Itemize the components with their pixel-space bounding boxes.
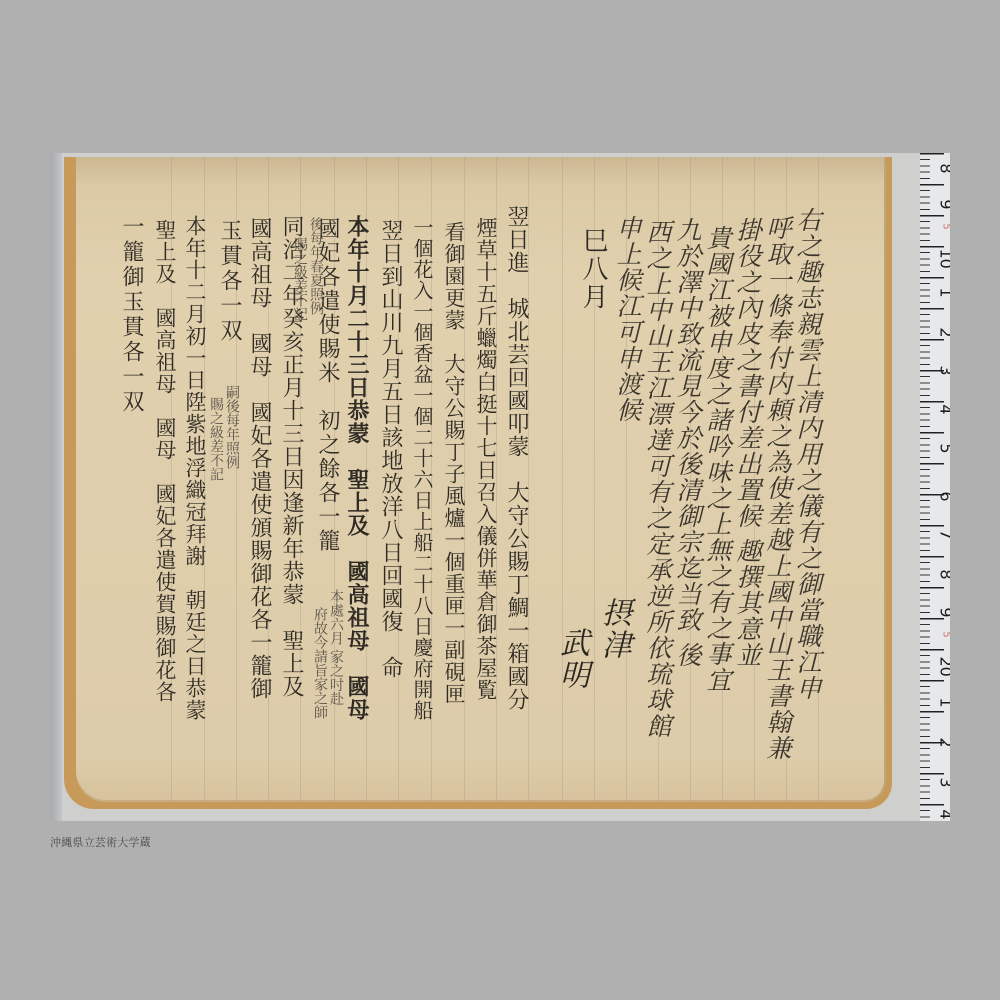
backdrop-edge (50, 153, 62, 821)
annotation-note: 賜之級差不記 (208, 397, 223, 481)
manuscript-column: 本年十月二十三日恭蒙 聖上及 國高祖母 國母 (342, 215, 372, 721)
annotation-note: 嗣後每年照例 (224, 385, 239, 469)
collection-credit: 沖縄県立芸術大学蔵 (50, 834, 151, 850)
page-rule (562, 157, 563, 802)
manuscript-column: 貴國江被申度之諸吟味之上無之有之事宜 (702, 225, 732, 693)
ruler-number: 3 (937, 777, 951, 789)
ruler-number: 2 (937, 327, 951, 339)
signature-name: 武明 (556, 627, 586, 691)
manuscript-column: 本年十二月初一日陞紫地浮織冠拜謝 朝廷之日恭蒙 (180, 215, 210, 721)
manuscript-column: 呼取一條奉付内頼之為使差越上國中山王書翰兼 (762, 215, 792, 761)
ruler-number: 9 (937, 199, 951, 211)
measuring-ruler: 8 9 5 10 1 2 3 4 5 6 7 8 9 5 20 1 2 3 4 (920, 153, 950, 821)
signature-name: 摂津 (598, 597, 628, 661)
manuscript-column: 九於澤中致流見今於後清御宗迄当致 後 (672, 217, 702, 668)
manuscript-column: 國高祖母 國母 國妃各遣使頒賜御花各一籠御 (244, 217, 274, 700)
annotation-note: 後每年春夏照例 (308, 217, 323, 315)
annotation-note: 本處六月 家之吋赴 (328, 589, 343, 705)
manuscript-photo: 右之趣志親雲上清内用之儀有之御當職江申 呼取一條奉付内頼之為使差越上國中山王書翰… (50, 153, 920, 821)
ruler-number: 3 (937, 365, 951, 377)
ruler-number: 1 (937, 697, 951, 709)
manuscript-column: 聖上及 國高祖母 國母 國妃各遣使賀賜御花各 (150, 219, 180, 703)
manuscript-column: 煙草十五斤蠟燭白挺十七日召入儀併華倉御茶屋覧 (472, 217, 500, 701)
manuscript-column: 看御園更蒙 大守公賜丁子風爐一個重匣一副硯匣 (440, 221, 468, 705)
manuscript-column: 申上候江可申渡候 (612, 215, 642, 423)
manuscript-column: 右之趣志親雲上清内用之儀有之御當職江申 (792, 207, 822, 701)
ruler-number: 8 (937, 569, 951, 581)
manuscript-column: 掛役之內皮之書付差出置候 趣撰其意並 (732, 217, 762, 668)
annotation-note: 賜之級差不記 (292, 237, 307, 321)
ruler-number: 4 (937, 809, 951, 821)
ruler-number: 8 (937, 163, 951, 175)
ruler-number: 6 (937, 491, 951, 503)
manuscript-column: 玉貫各一双 (214, 219, 244, 344)
notebook-page: 右之趣志親雲上清内用之儀有之御當職江申 呼取一條奉付内頼之為使差越上國中山王書翰… (76, 157, 886, 802)
date-heading: 巳八月 (578, 227, 608, 311)
manuscript-column: 翌日到山川九月五日該地放洋八日回國復 命 (376, 219, 404, 679)
ruler-number: 10 (937, 249, 951, 261)
ruler-number: 20 (937, 657, 951, 669)
ruler-number: 7 (937, 529, 951, 541)
manuscript-column: 一籠御玉貫各一双 (116, 215, 146, 415)
ruler-number: 5 (937, 443, 951, 455)
ruler-number: 1 (937, 287, 951, 299)
ruler-red-mark: 5 (941, 629, 951, 641)
manuscript-column: 一個花入一個香盆一個二十六日上船二十八日慶府開船 (408, 217, 436, 721)
manuscript-column: 翌日進 城北芸回國叩蒙 大守公賜丁鯛一箱國分 (502, 205, 530, 711)
notebook-page-stack: 右之趣志親雲上清内用之儀有之御當職江申 呼取一條奉付内頼之為使差越上國中山王書翰… (64, 157, 892, 809)
annotation-note: 府故今請旨家之師 (312, 607, 327, 719)
ruler-number: 9 (937, 607, 951, 619)
manuscript-column: 西之上中山王江漂達可有之定承逆所依琉球館 (642, 219, 672, 739)
ruler-number: 4 (937, 404, 951, 416)
ruler-number: 2 (937, 737, 951, 749)
ruler-red-mark: 5 (941, 221, 951, 233)
